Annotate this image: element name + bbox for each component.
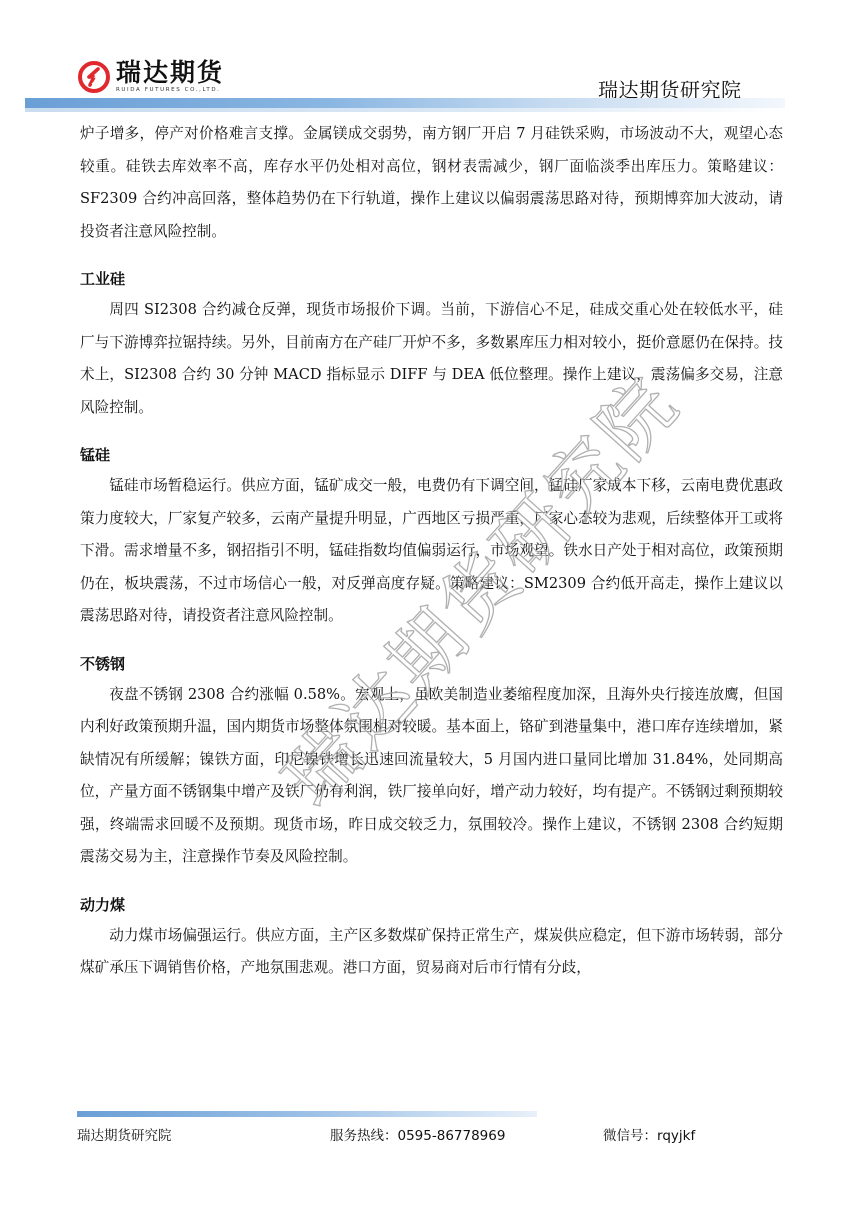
section-industrial-silicon: 工业硅 周四 SI2308 合约减仓反弹，现货市场报价下调。当前，下游信心不足，… — [80, 264, 783, 424]
company-logo: 瑞达期货 RUIDA FUTURES CO.,LTD. — [78, 60, 224, 93]
section-stainless-steel: 不锈钢 夜盘不锈钢 2308 合约涨幅 0.58%。宏观上，虽欧美制造业萎缩程度… — [80, 649, 783, 874]
footer-organization: 瑞达期货研究院 — [77, 1124, 172, 1144]
section-title: 不锈钢 — [80, 649, 783, 679]
section-title: 锰硅 — [80, 440, 783, 470]
footer-wechat: 微信号：rqyjkf — [603, 1124, 695, 1144]
logo-chinese-name: 瑞达期货 — [116, 60, 224, 86]
footer-divider-bar — [77, 1111, 537, 1117]
section-silicomanganese: 锰硅 锰硅市场暂稳运行。供应方面，锰矿成交一般，电费仍有下调空间，锰硅厂家成本下… — [80, 440, 783, 633]
report-body: 炉子增多，停产对价格难言支撑。金属镁成交弱势，南方钢厂开启 7 月硅铁采购，市场… — [80, 118, 783, 985]
section-title: 动力煤 — [80, 890, 783, 920]
ruida-logo-icon — [78, 61, 110, 93]
section-body: 锰硅市场暂稳运行。供应方面，锰矿成交一般，电费仍有下调空间，锰硅厂家成本下移，云… — [80, 470, 783, 633]
section-body: 周四 SI2308 合约减仓反弹，现货市场报价下调。当前，下游信心不足，硅成交重… — [80, 294, 783, 424]
footer-hotline: 服务热线：0595-86778969 — [330, 1124, 505, 1144]
section-body: 动力煤市场偏强运行。供应方面，主产区多数煤矿保持正常生产，煤炭供应稳定，但下游市… — [80, 920, 783, 985]
section-body: 夜盘不锈钢 2308 合约涨幅 0.58%。宏观上，虽欧美制造业萎缩程度加深，且… — [80, 679, 783, 874]
page-header: 瑞达期货 RUIDA FUTURES CO.,LTD. 瑞达期货研究院 — [0, 0, 860, 120]
intro-paragraph: 炉子增多，停产对价格难言支撑。金属镁成交弱势，南方钢厂开启 7 月硅铁采购，市场… — [80, 118, 783, 248]
logo-english-name: RUIDA FUTURES CO.,LTD. — [116, 87, 224, 93]
section-title: 工业硅 — [80, 264, 783, 294]
header-divider-bar — [25, 98, 785, 108]
header-divider-underline — [25, 108, 785, 112]
section-thermal-coal: 动力煤 动力煤市场偏强运行。供应方面，主产区多数煤矿保持正常生产，煤炭供应稳定，… — [80, 890, 783, 985]
